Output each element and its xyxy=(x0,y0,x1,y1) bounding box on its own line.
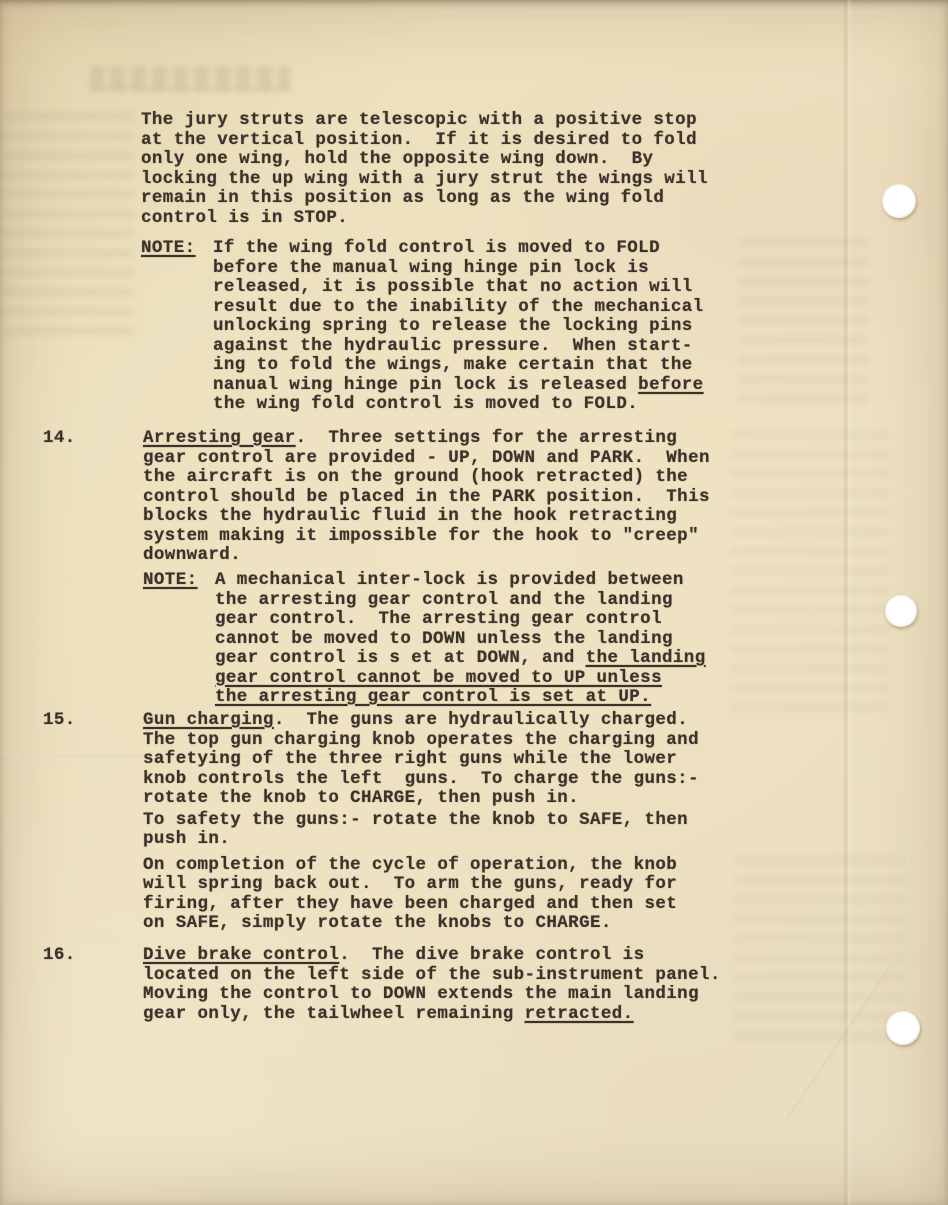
note-label: NOTE: xyxy=(143,571,215,708)
item-number: 16. xyxy=(43,946,143,1024)
note-block-wing-fold: NOTE: If the wing fold control is moved … xyxy=(141,239,704,415)
item-body: Arresting gear. Three settings for the a… xyxy=(143,429,710,566)
note-body: If the wing fold control is moved to FOL… xyxy=(213,239,704,415)
list-item-15-gun-charging: 15. Gun charging. The guns are hydraulic… xyxy=(43,711,699,934)
punch-hole-middle xyxy=(885,595,917,627)
bleedthrough-title-ghost xyxy=(90,66,290,91)
bleedthrough-text-ghost xyxy=(734,856,904,1046)
item-paragraph: Gun charging. The guns are hydraulically… xyxy=(143,711,699,809)
bleedthrough-text-ghost xyxy=(2,112,134,342)
bleedthrough-text-ghost xyxy=(730,430,890,720)
note-block-interlock: NOTE: A mechanical inter-lock is provide… xyxy=(143,571,706,708)
item-body: Gun charging. The guns are hydraulically… xyxy=(143,711,699,934)
punch-hole-bottom xyxy=(886,1011,920,1045)
punch-hole-top xyxy=(882,184,916,218)
note-body: A mechanical inter-lock is provided betw… xyxy=(215,571,706,708)
item-paragraph: On completion of the cycle of operation,… xyxy=(143,856,699,934)
scanned-document-page: The jury struts are telescopic with a po… xyxy=(0,0,948,1205)
item-number: 15. xyxy=(43,711,143,934)
paper-crease-vertical xyxy=(842,0,852,1205)
item-number: 14. xyxy=(43,429,143,566)
paper-crease-diagonal xyxy=(782,962,892,1122)
bleedthrough-text-ghost xyxy=(738,238,868,408)
item-body: Dive brake control. The dive brake contr… xyxy=(143,946,721,1024)
note-label: NOTE: xyxy=(141,239,213,415)
item-paragraph: To safety the guns:- rotate the knob to … xyxy=(143,811,699,850)
list-item-14-arresting-gear: 14. Arresting gear. Three settings for t… xyxy=(43,429,710,566)
intro-paragraph: The jury struts are telescopic with a po… xyxy=(141,111,708,228)
list-item-16-dive-brake: 16. Dive brake control. The dive brake c… xyxy=(43,946,721,1024)
